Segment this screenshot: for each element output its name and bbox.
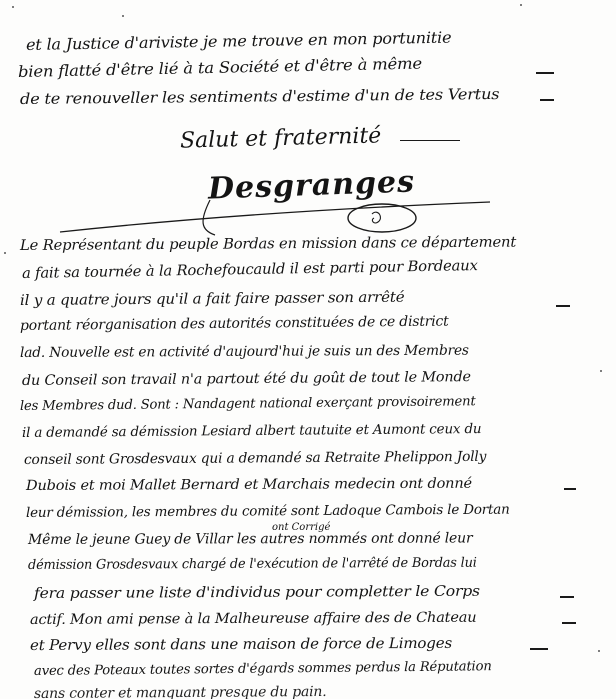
line-end-dash <box>530 648 548 650</box>
closing-salutation: Salut et fraternité <box>180 123 382 153</box>
body-line-10: Dubois et moi Mallet Bernard et Marchais… <box>26 476 472 494</box>
line-end-dash <box>556 305 570 307</box>
scan-speck <box>600 370 602 372</box>
scan-speck <box>4 252 6 254</box>
body-line-1: Le Représentant du peuple Bordas en miss… <box>20 235 516 254</box>
body-line-15: actif. Mon ami pense à la Malheureuse af… <box>30 610 476 628</box>
body-line-5: lad. Nouvelle est en activité d'aujourd'… <box>20 343 469 361</box>
line-end-dash <box>560 596 574 598</box>
body-line-18: sans conter et manquant presque du pain. <box>34 684 327 699</box>
line-end-dash <box>562 622 576 624</box>
body-line-6: du Conseil son travail n'a partout été d… <box>22 369 471 389</box>
body-line-9: conseil sont Grosdesvaux qui a demandé s… <box>24 449 486 468</box>
line-end-dash <box>564 488 576 490</box>
opening-line-1: et la Justice d'ariviste je me trouve en… <box>26 29 452 54</box>
body-line-12: Même le jeune Guey de Villar les autres … <box>28 530 472 548</box>
body-line-14: fera passer une liste d'individus pour c… <box>34 584 480 602</box>
scan-speck <box>520 4 522 6</box>
body-line-16: et Pervy elles sont dans une maison de f… <box>30 636 452 654</box>
body-line-11: leur démission, les membres du comité so… <box>26 502 510 521</box>
body-line-8: il a demandé sa démission Lesiard albert… <box>22 421 481 441</box>
scan-speck <box>122 15 124 17</box>
body-line-7: les Membres dud. Sont : Nandagent nation… <box>20 394 476 414</box>
signature-flourish-icon <box>40 190 600 240</box>
scan-speck <box>598 650 600 652</box>
body-line-4: portant réorganisation des autorités con… <box>20 314 449 334</box>
closing-underline <box>400 140 460 141</box>
body-line-17: avec des Poteaux toutes sortes d'égards … <box>34 659 492 679</box>
body-line-3: il y a quatre jours qu'il a fait faire p… <box>20 290 405 309</box>
line-end-dash <box>540 99 554 101</box>
body-line-13: démission Grosdesvaux chargé de l'exécut… <box>28 556 477 573</box>
line-end-dash <box>536 72 554 74</box>
scan-speck <box>12 6 14 8</box>
body-line-2: a fait sa tournée à la Rochefoucauld il … <box>22 258 478 282</box>
manuscript-page: et la Justice d'ariviste je me trouve en… <box>0 0 616 699</box>
opening-line-2: bien flatté d'être lié à ta Société et d… <box>18 55 422 81</box>
opening-line-3: de te renouveller les sentiments d'estim… <box>20 85 500 108</box>
